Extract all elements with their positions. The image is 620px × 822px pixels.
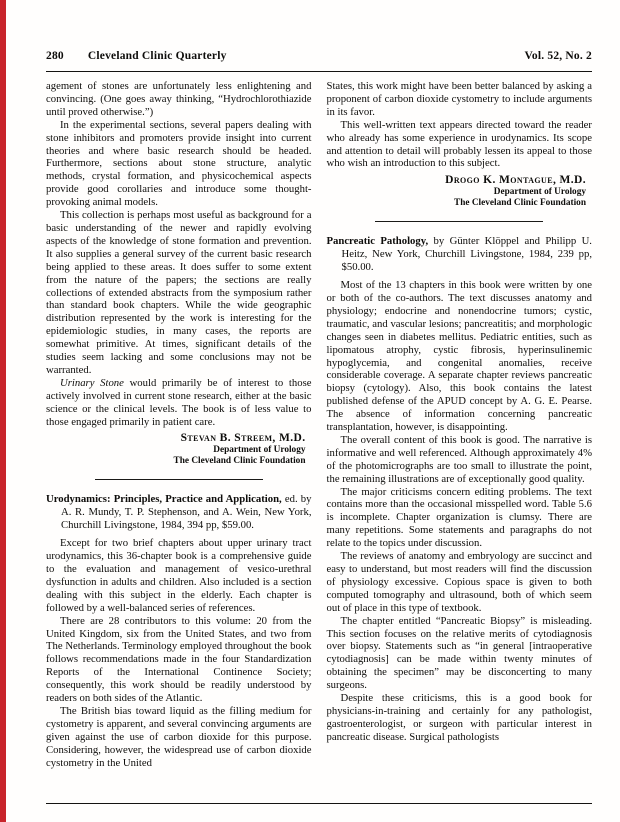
book-citation: Urodynamics: Principles, Practice and Ap… [46, 493, 312, 532]
header-rule [46, 71, 592, 72]
body-text: There are 28 contributors to this volume… [46, 615, 312, 704]
page-number: 280 [46, 50, 64, 62]
reviewer-signature: Stevan B. Streem, M.D.Department of Urol… [46, 431, 306, 467]
body-paragraph: The British bias toward liquid as the fi… [46, 705, 312, 770]
body-paragraph: The overall content of this book is good… [327, 434, 593, 486]
body-text: agement of stones are unfortunately less… [46, 80, 312, 118]
body-text: Except for two brief chapters about uppe… [46, 537, 312, 614]
body-paragraph: The chapter entitled “Pancreatic Biopsy”… [327, 615, 593, 692]
two-column-text: agement of stones are unfortunately less… [46, 80, 592, 770]
body-paragraph: Except for two brief chapters about uppe… [46, 537, 312, 614]
body-paragraph: States, this work might have been better… [327, 80, 593, 119]
body-paragraph: agement of stones are unfortunately less… [46, 80, 312, 119]
left-column: agement of stones are unfortunately less… [46, 80, 312, 770]
reviewer-department: Department of Urology [46, 445, 306, 456]
reviewer-institution: The Cleveland Clinic Foundation [46, 456, 306, 467]
book-citation: Pancreatic Pathology, by Günter Klöppel … [327, 235, 593, 274]
book-title-text: Urodynamics: Principles, Practice and Ap… [46, 493, 282, 505]
right-column: States, this work might have been better… [327, 80, 593, 770]
body-text: This well-written text appears directed … [327, 119, 593, 170]
body-text: The overall content of this book is good… [327, 434, 593, 485]
book-title-text: Pancreatic Pathology, [327, 235, 429, 247]
body-paragraph: In the experimental sections, several pa… [46, 119, 312, 209]
page-content: 280 Cleveland Clinic Quarterly Vol. 52, … [46, 0, 592, 770]
running-header: 280 Cleveland Clinic Quarterly Vol. 52, … [46, 0, 592, 62]
body-text: Most of the 13 chapters in this book wer… [327, 279, 593, 433]
scan-edge-stripe [0, 0, 6, 822]
body-text: The reviews of anatomy and embryology ar… [327, 550, 593, 614]
body-paragraph: This well-written text appears directed … [327, 119, 593, 171]
body-text: In the experimental sections, several pa… [46, 119, 312, 208]
body-text: States, this work might have been better… [327, 80, 593, 118]
body-paragraph: This collection is perhaps most useful a… [46, 209, 312, 377]
body-paragraph: The reviews of anatomy and embryology ar… [327, 550, 593, 615]
reviewer-institution: The Cleveland Clinic Foundation [327, 198, 587, 209]
section-divider [375, 221, 543, 222]
body-text: The British bias toward liquid as the fi… [46, 705, 312, 769]
body-text: Despite these criticisms, this is a good… [327, 692, 593, 743]
reviewer-department: Department of Urology [327, 187, 587, 198]
body-text: This collection is perhaps most useful a… [46, 209, 312, 376]
section-divider [95, 479, 263, 480]
italic-text: Urinary Stone [60, 377, 124, 389]
reviewer-name: Stevan B. Streem, M.D. [46, 431, 306, 445]
journal-title: Cleveland Clinic Quarterly [88, 50, 227, 62]
body-paragraph: There are 28 contributors to this volume… [46, 615, 312, 705]
body-text: The major criticisms concern editing pro… [327, 486, 593, 550]
body-text: The chapter entitled “Pancreatic Biopsy”… [327, 615, 593, 692]
body-paragraph: The major criticisms concern editing pro… [327, 486, 593, 551]
body-paragraph: Urinary Stone would primarily be of inte… [46, 377, 312, 429]
reviewer-signature: Drogo K. Montague, M.D.Department of Uro… [327, 173, 587, 209]
footer-rule [46, 803, 592, 804]
journal-page: 280 Cleveland Clinic Quarterly Vol. 52, … [0, 0, 620, 822]
volume-issue: Vol. 52, No. 2 [524, 50, 592, 62]
body-paragraph: Despite these criticisms, this is a good… [327, 692, 593, 744]
reviewer-name: Drogo K. Montague, M.D. [327, 173, 587, 187]
body-paragraph: Most of the 13 chapters in this book wer… [327, 279, 593, 434]
